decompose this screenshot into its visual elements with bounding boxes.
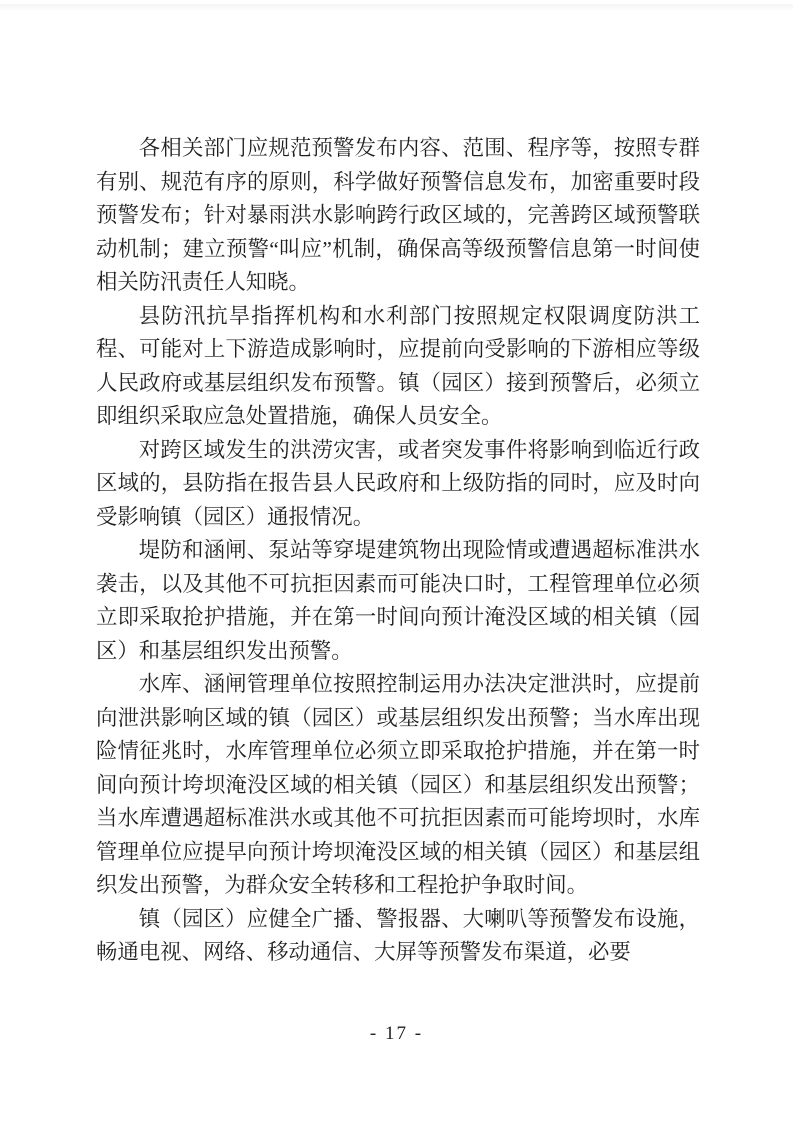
paragraph-warning-release-norms: 各相关部门应规范预警发布内容、范围、程序等，按照专群有别、规范有序的原则，科学做… [96,132,700,300]
paragraph-reservoir-management: 水库、涵闸管理单位按照控制运用办法决定泄洪时，应提前向泄洪影响区域的镇（园区）或… [96,668,700,903]
paragraph-dike-structures-risk: 堤防和涵闸、泵站等穿堤建筑物出现险情或遭遇超标准洪水袭击，以及其他不可抗拒因素而… [96,534,700,668]
paragraph-flood-control-dispatch: 县防汛抗旱指挥机构和水利部门按照规定权限调度防洪工程、可能对上下游造成影响时，应… [96,300,700,434]
page-number: - 17 - [0,1022,793,1046]
document-page: 各相关部门应规范预警发布内容、范围、程序等，按照专群有别、规范有序的原则，科学做… [0,0,793,1122]
paragraph-cross-region-disaster: 对跨区域发生的洪涝灾害，或者突发事件将影响到临近行政区域的，县防指在报告县人民政… [96,434,700,535]
document-body: 各相关部门应规范预警发布内容、范围、程序等，按照专群有别、规范有序的原则，科学做… [96,132,700,970]
paragraph-town-warning-facilities: 镇（园区）应健全广播、警报器、大喇叭等预警发布设施，畅通电视、网络、移动通信、大… [96,903,700,970]
scan-artifact-top [0,4,793,11]
